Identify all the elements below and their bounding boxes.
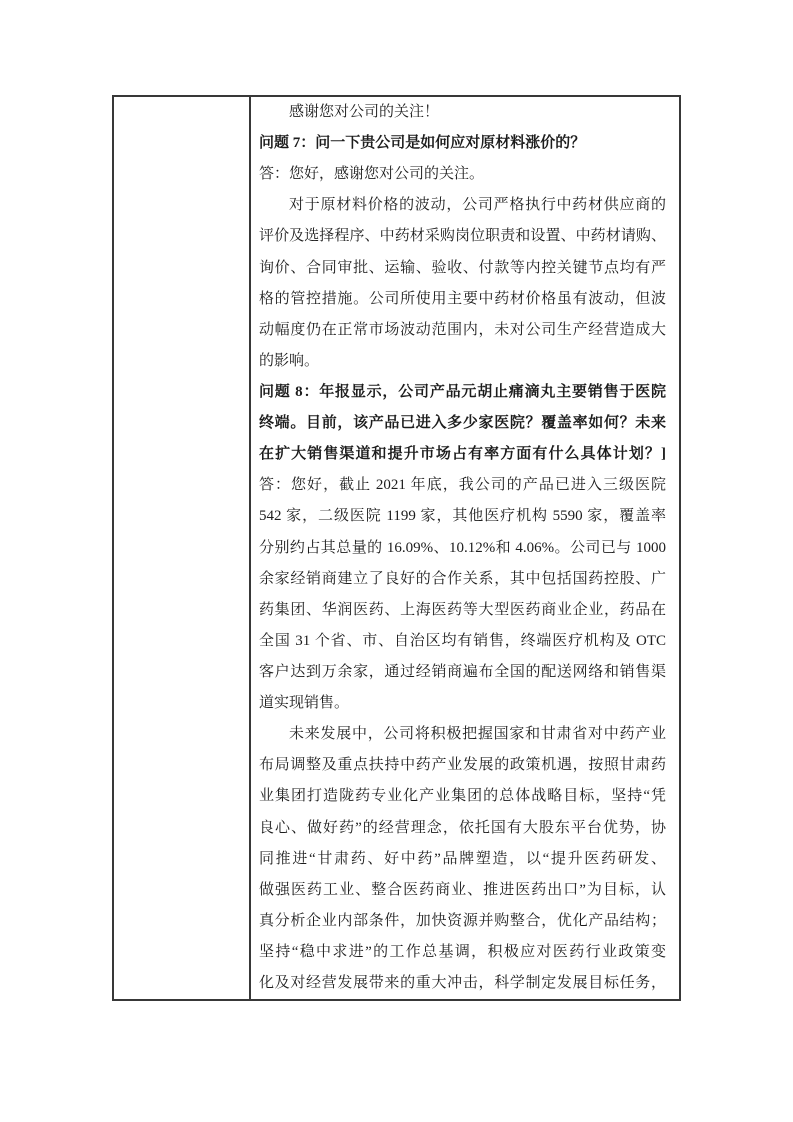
document-line: 评价及选择程序、中药材采购岗位职责和设置、中药材请购、 [259, 221, 666, 252]
table-label-cell [114, 97, 251, 999]
document-line: 542 家，二级医院 1199 家，其他医疗机构 5590 家，覆盖率 [259, 501, 666, 532]
document-line: 余家经销商建立了良好的合作关系，其中包括国药控股、广 [259, 564, 666, 595]
document-page: 感谢您对公司的关注！问题 7：问一下贵公司是如何应对原材料涨价的？答：您好，感谢… [0, 0, 793, 1122]
document-line: 问题 7：问一下贵公司是如何应对原材料涨价的？ [259, 128, 666, 159]
document-line: 分别约占其总量的 16.09%、10.12%和 4.06%。公司已与 1000 [259, 533, 666, 564]
document-line: 良心、做好药”的经营理念，依托国有大股东平台优势，协 [259, 813, 666, 844]
document-line: 真分析企业内部条件，加快资源并购整合，优化产品结构； [259, 906, 666, 937]
document-line: 做强医药工业、整合医药商业、推进医药出口”为目标，认 [259, 875, 666, 906]
document-line: 布局调整及重点扶持中药产业发展的政策机遇，按照甘肃药 [259, 750, 666, 781]
document-line: 询价、合同审批、运输、验收、付款等内控关键节点均有严 [259, 253, 666, 284]
table-content-cell: 感谢您对公司的关注！问题 7：问一下贵公司是如何应对原材料涨价的？答：您好，感谢… [251, 97, 679, 999]
document-line: 对于原材料价格的波动，公司严格执行中药材供应商的 [259, 190, 666, 221]
document-line: 道实现销售。 [259, 688, 666, 719]
document-line: 化及对经营发展带来的重大冲击，科学制定发展目标任务， [259, 968, 666, 999]
qa-table: 感谢您对公司的关注！问题 7：问一下贵公司是如何应对原材料涨价的？答：您好，感谢… [112, 95, 681, 1001]
document-line: 答：您好，感谢您对公司的关注。 [259, 159, 666, 190]
document-line: 全国 31 个省、市、自治区均有销售，终端医疗机构及 OTC [259, 626, 666, 657]
document-line: 药集团、华润医药、上海医药等大型医药商业企业，药品在 [259, 595, 666, 626]
document-line: 客户达到万余家，通过经销商遍布全国的配送网络和销售渠 [259, 657, 666, 688]
document-line: 终端。目前，该产品已进入多少家医院？覆盖率如何？未来 [259, 408, 666, 439]
document-line: 格的管控措施。公司所使用主要中药材价格虽有波动，但波 [259, 284, 666, 315]
document-line: 的影响。 [259, 346, 666, 377]
document-line: 同推进“甘肃药、好中药”品牌塑造，以“提升医药研发、 [259, 844, 666, 875]
document-line: 问题 8：年报显示，公司产品元胡止痛滴丸主要销售于医院 [259, 377, 666, 408]
document-line: 坚持“稳中求进”的工作总基调，积极应对医药行业政策变 [259, 937, 666, 968]
document-line: 在扩大销售渠道和提升市场占有率方面有什么具体计划？] [259, 439, 666, 470]
document-line: 未来发展中，公司将积极把握国家和甘肃省对中药产业 [259, 719, 666, 750]
document-line: 动幅度仍在正常市场波动范围内，未对公司生产经营造成大 [259, 315, 666, 346]
document-line: 业集团打造陇药专业化产业集团的总体战略目标，坚持“凭 [259, 781, 666, 812]
document-line: 感谢您对公司的关注！ [259, 97, 666, 128]
document-line: 答：您好，截止 2021 年底，我公司的产品已进入三级医院 [259, 470, 666, 501]
